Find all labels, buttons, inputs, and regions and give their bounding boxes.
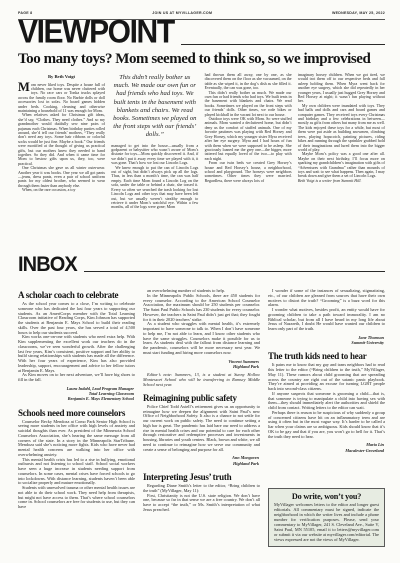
drop-cap: M xyxy=(18,83,30,93)
article-paragraph: Maybe Mom’s policy was a good one after … xyxy=(298,152,385,178)
letter-paragraph: Counselor Becky Mendoza at Como Park Sen… xyxy=(18,420,135,458)
letter-paragraph: Perhaps there is reason to be suspicious… xyxy=(268,411,385,440)
article-paragraph: From our twin beds we created Grey Horse… xyxy=(205,161,292,183)
signature-line: Highland Park xyxy=(144,461,259,466)
article-byline: By Beth Voigt xyxy=(18,74,105,79)
inbox-columns: A scholar coach to celebrate As the scho… xyxy=(18,289,385,563)
letter-headline: A scholar coach to celebrate xyxy=(18,290,135,300)
article-column-4: imaginary horsey children. When we got t… xyxy=(298,73,385,253)
issue-date: WEDNESDAY, MAY 25, 2022 xyxy=(332,11,385,15)
article-column-2: This didn’t really bother us much. We ma… xyxy=(111,73,198,253)
viewpoint-masthead-row: VIEWPOINT xyxy=(18,21,385,47)
letter-headline: Reimagining public safety xyxy=(143,393,260,403)
section-title-inbox: INBOX xyxy=(18,256,77,274)
section-title-viewpoint: VIEWPOINT xyxy=(18,19,174,47)
article-column-3: had thrown them all away, one by one, as… xyxy=(205,73,292,253)
letter-paragraph: First, Christianity is not the U.S. stat… xyxy=(143,494,260,513)
signature-line: Benjamin E. Mays Elementary School xyxy=(19,396,134,401)
inbox-masthead-row: INBOX xyxy=(18,257,385,274)
letter-headline: The truth kids need to hear xyxy=(268,351,385,361)
letter-paragraph: As Kim moves on to her next adventure, w… xyxy=(18,373,135,383)
letter-paragraph: In the Minneapolis Public Schools, there… xyxy=(143,294,260,323)
letter-paragraph: As a student who struggles with mental h… xyxy=(143,322,260,355)
editors-note: Editor’s note: Summers, 13, is a student… xyxy=(143,373,260,387)
article-paragraph: managed to get into the house—usually fr… xyxy=(111,144,198,166)
letter-headline: Interpreting Jesus’ truth xyxy=(143,472,260,482)
letter-paragraph: I wonder if some of the instances of sex… xyxy=(268,289,385,308)
article-paragraph: One Christmas she gave us all winter out… xyxy=(18,166,105,188)
letter-signature: Vincent Summers Highland Park xyxy=(144,359,259,369)
article-headline: Too many toys? Mom seemed to think so, s… xyxy=(18,51,385,68)
article-columns: By Beth Voigt Mom never liked toys. Desp… xyxy=(18,73,385,253)
article-paragraph: Outdoor toys were OK with Mom. So were s… xyxy=(205,117,292,161)
article-paragraph: When relatives asked for Christmas gift … xyxy=(18,113,105,166)
letter-signature: Ann Mongoven Highland Park xyxy=(144,455,259,465)
article-paragraph: imaginary horsey children. When we got t… xyxy=(298,73,385,104)
article-paragraph-text: om never liked toys. Despite a house ful… xyxy=(18,82,105,113)
inbox-column-1: A scholar coach to celebrate As the scho… xyxy=(18,289,135,563)
signature-line: Macalester-Groveland xyxy=(269,448,384,453)
letter-paragraph: Kim works one-on-one with students who n… xyxy=(18,335,135,373)
letter-paragraph: Police Chief Todd Axtell’s retirement gi… xyxy=(143,405,260,453)
letter-paragraph: If anyone suspects that someone is groom… xyxy=(268,392,385,411)
letter-paragraph: It pains me to know that my gay and tran… xyxy=(268,363,385,392)
article-paragraph: This didn’t really bother us much. We ma… xyxy=(205,91,292,117)
letter-paragraph: As the school year comes to a close, I’m… xyxy=(18,302,135,335)
do-write-box: Do write, won’t you? MyVillager welcomes… xyxy=(268,488,385,548)
letter-paragraph: This mental health crisis has led to a r… xyxy=(18,458,135,487)
newspaper-page: PAGE 8 JOIN US AT MYVILLAGER.COM WEDNESD… xyxy=(0,0,400,563)
do-write-body: MyVillager welcomes letters to the edito… xyxy=(274,502,379,542)
article-paragraph: We knew enough to put the can of Lincoln… xyxy=(111,166,198,210)
letter-headline: Schools need more counselors xyxy=(18,408,135,418)
article-paragraph: Mom never liked toys. Despite a house fu… xyxy=(18,83,105,114)
letter-signature: Jane Thomson Summit-University xyxy=(269,335,384,345)
signature-line: Summit-University xyxy=(269,340,384,345)
masthead-rule xyxy=(84,271,385,272)
pull-quote: This didn’t really bother us much. We ma… xyxy=(112,74,197,140)
letter-paragraph: Students with unresolved trauma or other… xyxy=(18,486,135,510)
article-paragraph: When, on the rare occasion, a toy xyxy=(18,188,105,192)
article-paragraph: My own children were inundated with toys… xyxy=(298,104,385,152)
inbox-column-3: I wonder if some of the instances of sex… xyxy=(268,289,385,563)
masthead-rule xyxy=(181,44,385,45)
letter-signature: Laura Indahl, Lead Program Manager Total… xyxy=(19,386,134,401)
inbox-column-2: an overwhelming number of students to he… xyxy=(143,289,260,563)
letter-paragraph: I wonder what motives, besides profit, a… xyxy=(268,308,385,332)
article-tagline: Beth Voigt is a writer from Summit Hill. xyxy=(298,179,385,183)
do-write-title: Do write, won’t you? xyxy=(274,492,379,501)
signature-line: Highland Park xyxy=(144,364,259,369)
letter-signature: Maria Lin Macalester-Groveland xyxy=(269,442,384,452)
article-paragraph: had thrown them all away, one by one, as… xyxy=(205,73,292,91)
article-column-1: By Beth Voigt Mom never liked toys. Desp… xyxy=(18,73,105,253)
